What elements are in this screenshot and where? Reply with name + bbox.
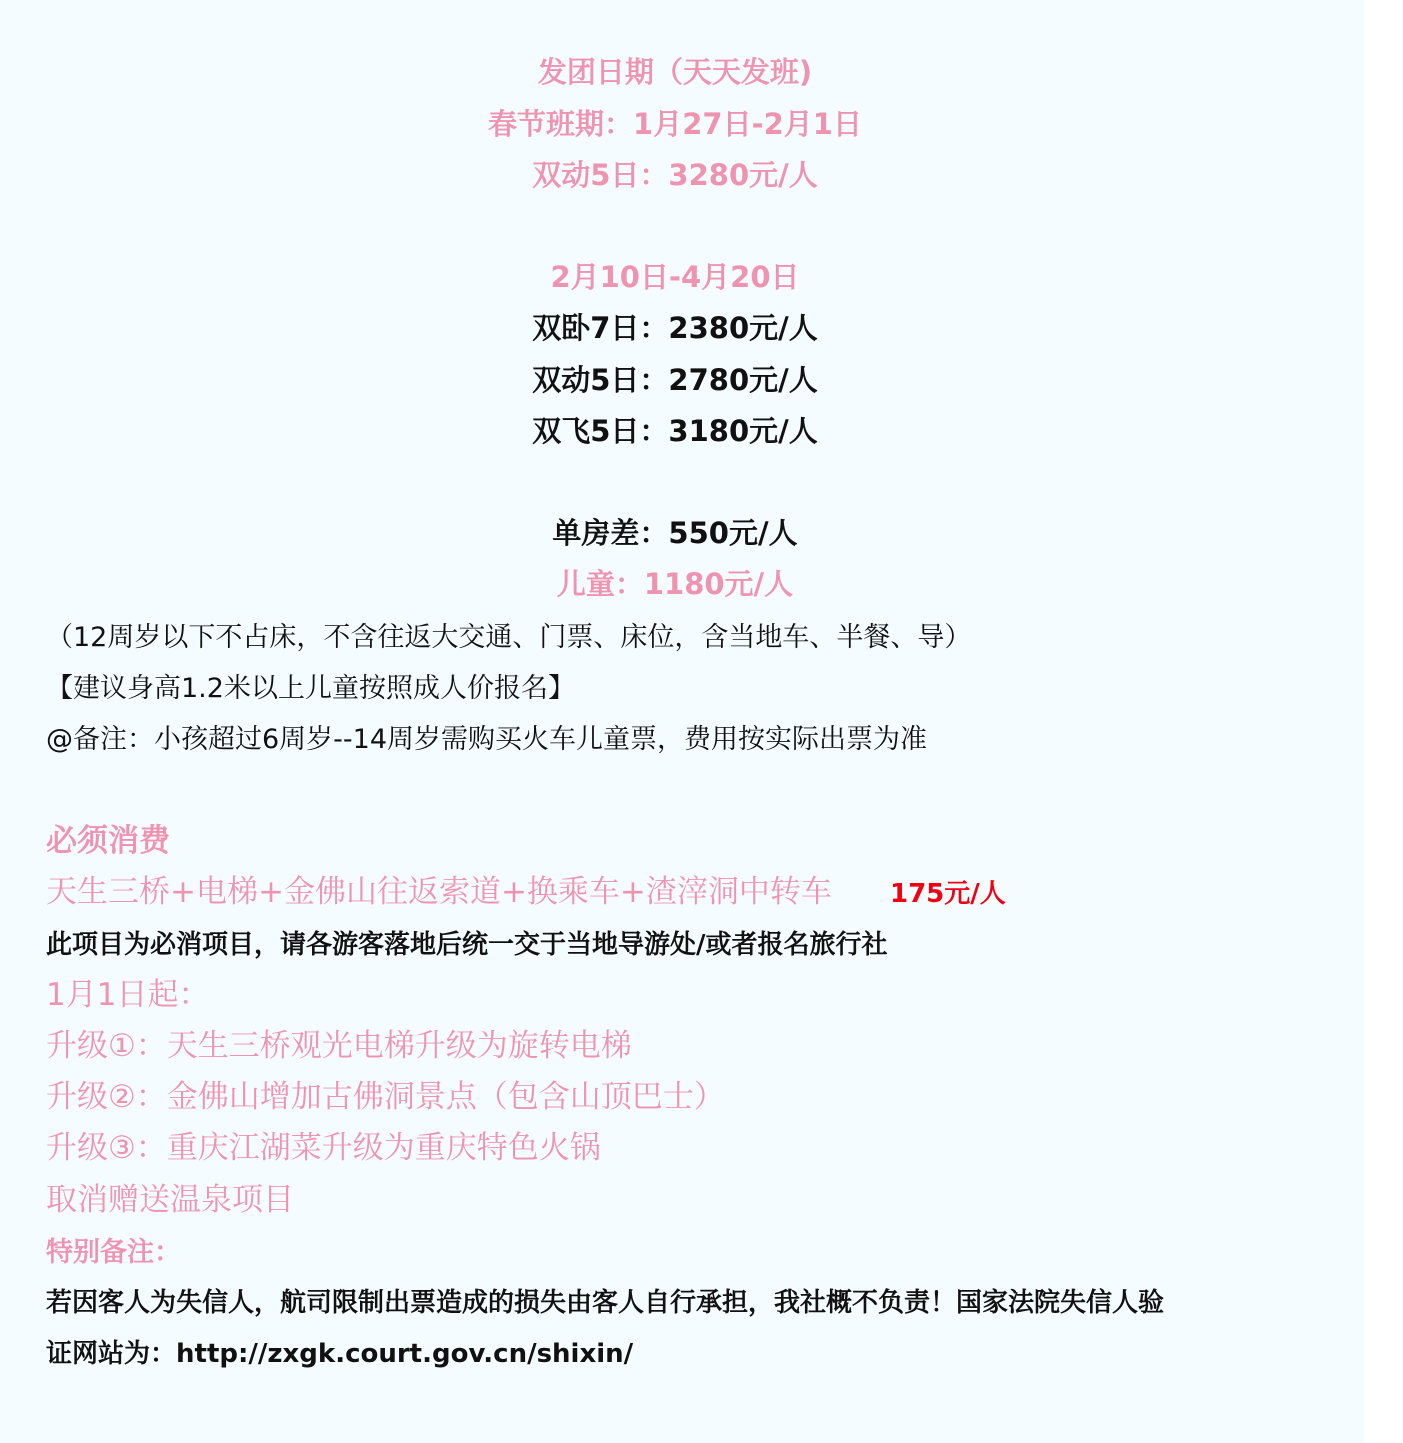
special-note-line1: 若因客人为失信人，航司限制出票造成的损失由客人自行承担，我社概不负责！国家法院失… <box>46 1290 1164 1316</box>
special-note-line2: 证网站为：http://zxgk.court.gov.cn/shixin/ <box>46 1341 633 1367</box>
upgrade-1: 升级①：天生三桥观光电梯升级为旋转电梯 <box>46 1031 632 1062</box>
mandatory-note: 此项目为必消项目，请各游客落地后统一交于当地导游处/或者报名旅行社 <box>46 932 888 958</box>
special-note-line2-prefix: 证网站为： <box>46 1339 176 1369</box>
price-sleeper-7day: 双卧7日：2380元/人 <box>0 314 1350 343</box>
cancel-hot-spring: 取消赠送温泉项目 <box>46 1185 294 1216</box>
mandatory-price: 175元/人 <box>890 881 1006 907</box>
price-flight-5day: 双飞5日：3180元/人 <box>0 417 1350 446</box>
mandatory-items: 天生三桥+电梯+金佛山往返索道+换乘车+渣滓洞中转车 <box>46 877 832 908</box>
content-panel: 发团日期（天天发班) 春节班期：1月27日-2月1日 双动5日：3280元/人 … <box>0 0 1364 1443</box>
court-website-link[interactable]: http://zxgk.court.gov.cn/shixin/ <box>176 1339 633 1369</box>
period-dates: 2月10日-4月20日 <box>0 263 1350 292</box>
upgrade-2: 升级②：金佛山增加古佛洞景点（包含山顶巴士） <box>46 1082 725 1113</box>
spring-festival-dates: 春节班期：1月27日-2月1日 <box>0 110 1350 139</box>
upgrade-3: 升级③：重庆江湖菜升级为重庆特色火锅 <box>46 1133 601 1164</box>
departure-heading: 发团日期（天天发班) <box>0 58 1350 87</box>
special-note-title: 特别备注： <box>46 1239 181 1266</box>
child-price-note: （12周岁以下不占床，不含往返大交通、门票、床位，含当地车、半餐、导） <box>46 624 971 651</box>
single-room-supplement: 单房差：550元/人 <box>0 519 1350 548</box>
spring-festival-price: 双动5日：3280元/人 <box>0 161 1350 190</box>
train-ticket-remark: @备注：小孩超过6周岁--14周岁需购买火车儿童票，费用按实际出票为准 <box>46 726 927 753</box>
price-train-5day: 双动5日：2780元/人 <box>0 366 1350 395</box>
child-price: 儿童：1180元/人 <box>0 570 1350 599</box>
mandatory-title: 必须消费 <box>46 826 170 857</box>
upgrade-from-date: 1月1日起： <box>46 980 209 1011</box>
height-note: 【建议身高1.2米以上儿童按照成人价报名】 <box>46 675 575 702</box>
